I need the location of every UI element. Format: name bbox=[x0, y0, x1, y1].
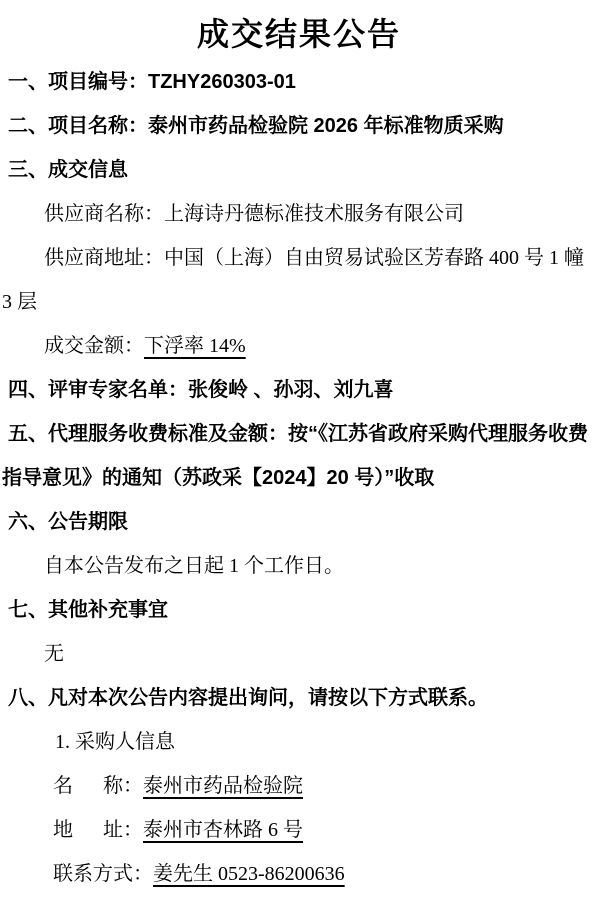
item5-agency-fee-line: 五、代理服务收费标准及金额：按“《江苏省政府采购代理服务收费指导意见》的通知（苏… bbox=[2, 412, 596, 500]
supplier-name-value: 上海诗丹德标准技术服务有限公司 bbox=[164, 203, 464, 225]
notice-period-line: 自本公告发布之日起 1 个工作日。 bbox=[2, 544, 596, 588]
deal-amount-line: 成交金额：下浮率 14% bbox=[2, 324, 596, 368]
deal-amount-label: 成交金额： bbox=[44, 335, 144, 357]
supplier-address-line: 供应商地址：中国（上海）自由贸易试验区芳春路 400 号 1 幢 3 层 bbox=[2, 236, 596, 324]
item7-other-matters-heading: 七、其他补充事宜 bbox=[2, 588, 596, 632]
item4-experts-line: 四、评审专家名单：张俊岭 、孙羽、刘九喜 bbox=[2, 368, 596, 412]
supplier-name-label: 供应商名称： bbox=[44, 203, 164, 225]
page-title: 成交结果公告 bbox=[2, 0, 596, 60]
purchaser-name-line: 名 称：泰州市药品检验院 bbox=[2, 764, 596, 808]
item2-project-name: 二、项目名称：泰州市药品检验院 2026 年标准物质采购 bbox=[2, 104, 596, 148]
item8-contact-instruction-line: 八、凡对本次公告内容提出询问，请按以下方式联系。 bbox=[2, 676, 596, 720]
item1-project-number: 一、项目编号：TZHY260303-01 bbox=[2, 60, 596, 104]
other-note-line: 无 bbox=[2, 632, 596, 676]
purchaser-contact-label: 联系方式： bbox=[53, 863, 153, 885]
supplier-name-line: 供应商名称：上海诗丹德标准技术服务有限公司 bbox=[2, 192, 596, 236]
purchaser-contact-line: 联系方式：姜先生 0523-86200636 bbox=[2, 852, 596, 896]
purchaser-address-value: 泰州市杏林路 6 号 bbox=[143, 819, 303, 841]
item3-deal-info-heading: 三、成交信息 bbox=[2, 148, 596, 192]
purchaser-info-header: 1. 采购人信息 bbox=[2, 720, 596, 764]
purchaser-address-line: 地 址：泰州市杏林路 6 号 bbox=[2, 808, 596, 852]
purchaser-contact-value: 姜先生 0523-86200636 bbox=[153, 863, 345, 885]
purchaser-name-label: 名 称： bbox=[53, 775, 143, 797]
purchaser-address-label: 地 址： bbox=[53, 819, 143, 841]
purchaser-name-value: 泰州市药品检验院 bbox=[143, 775, 303, 797]
announcement-document: 成交结果公告 一、项目编号：TZHY260303-01 二、项目名称：泰州市药品… bbox=[0, 0, 600, 904]
item1-value: TZHY260303-01 bbox=[148, 71, 296, 93]
item1-label: 一、项目编号： bbox=[8, 71, 148, 93]
deal-amount-value: 下浮率 14% bbox=[144, 335, 246, 357]
item6-notice-period-heading: 六、公告期限 bbox=[2, 500, 596, 544]
